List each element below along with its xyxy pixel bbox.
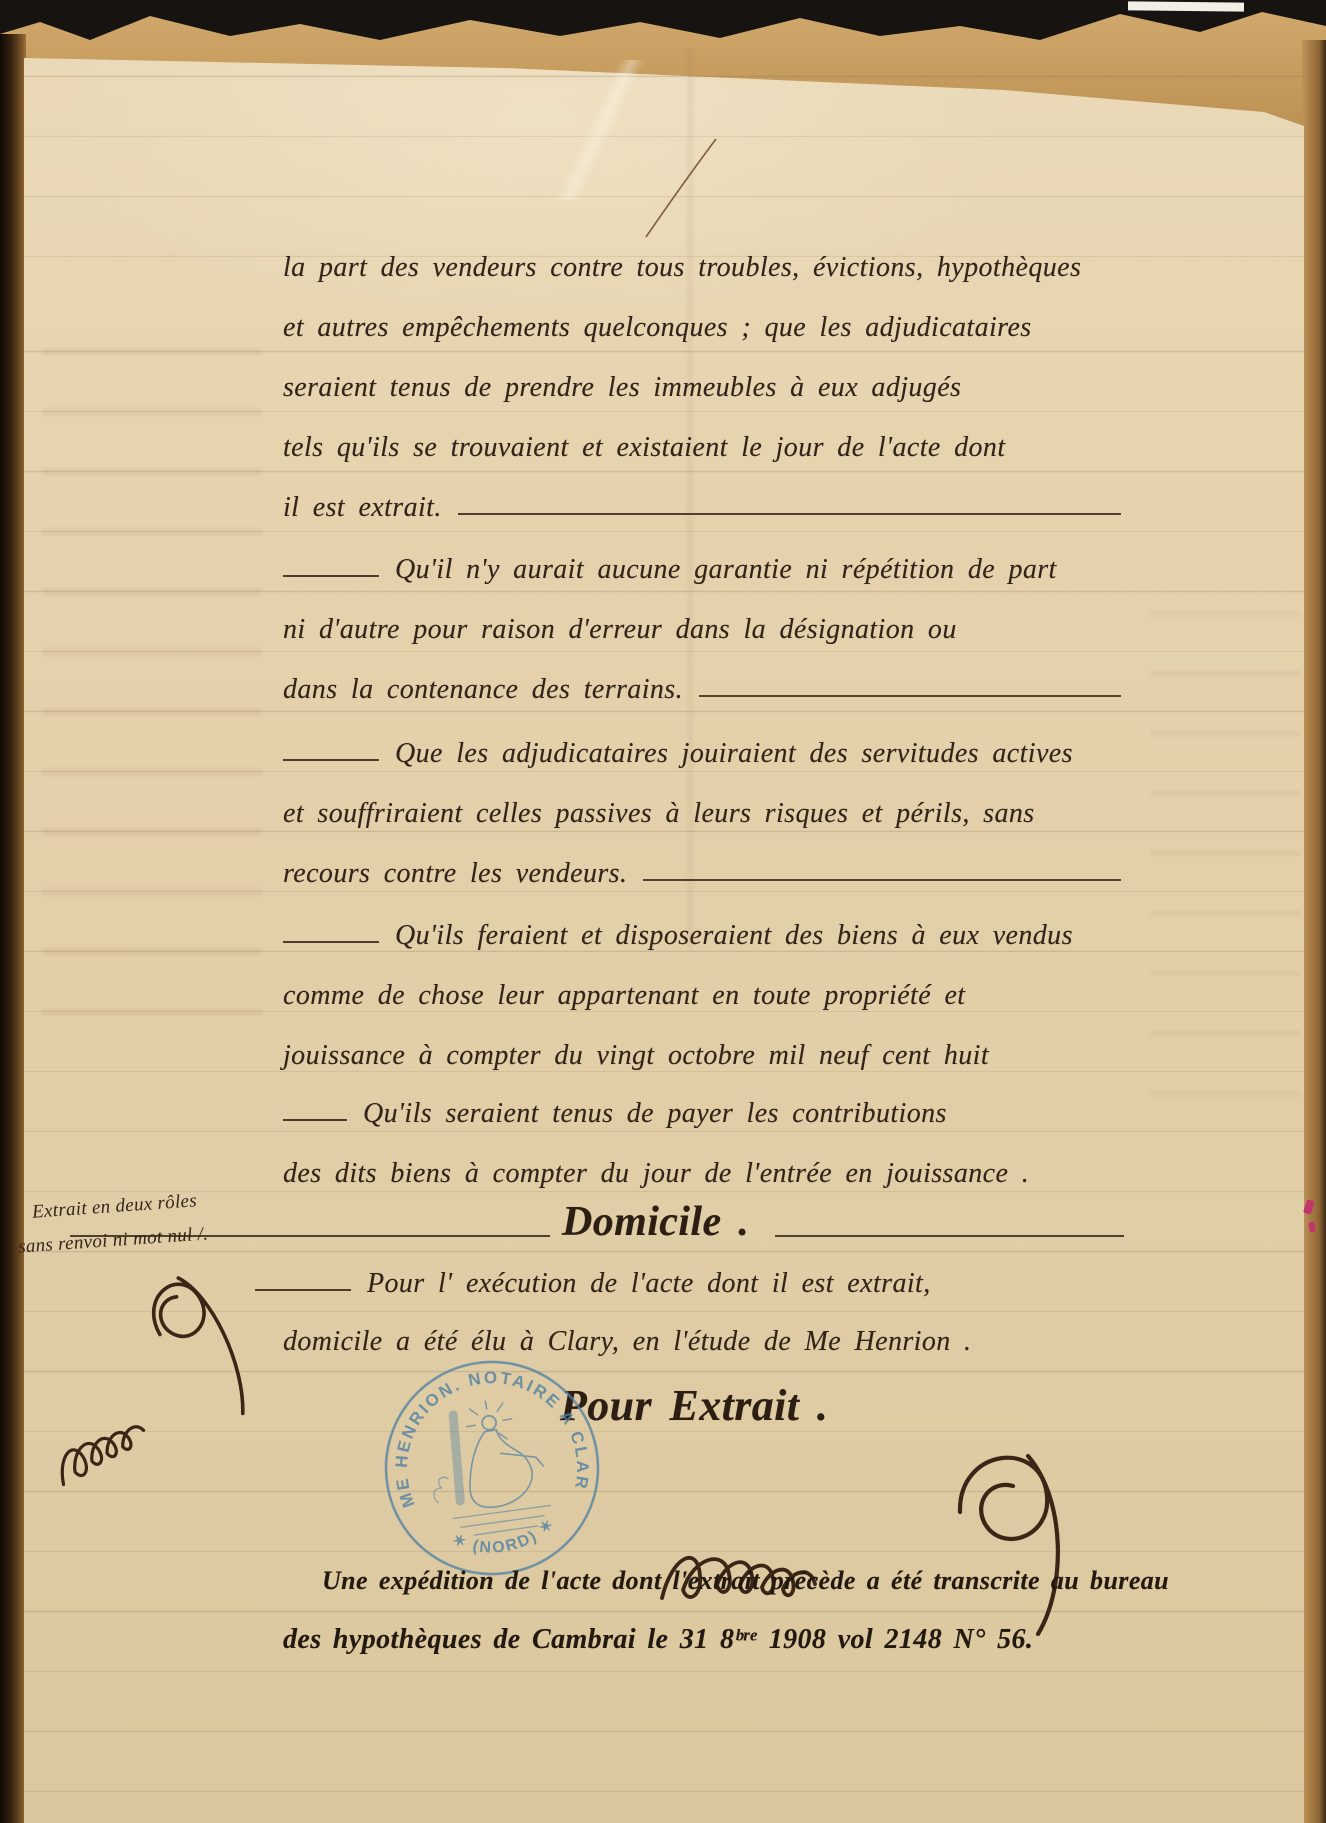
right-rule — [775, 1235, 1124, 1237]
handwritten-line: Qu'ils seraient tenus de payer les contr… — [283, 1098, 1123, 1130]
line-text: domicile a été élu à Clary, en l'étude d… — [283, 1326, 971, 1358]
handwritten-line: des dits biens à compter du jour de l'en… — [283, 1158, 1123, 1190]
domicile-heading: Domicile . — [562, 1198, 749, 1246]
line-text: Que les adjudicataires jouiraient des se… — [395, 738, 1073, 770]
line-text: des dits biens à compter du jour de l'en… — [283, 1158, 1029, 1190]
line-text: Pour l' exécution de l'acte dont il est … — [367, 1268, 931, 1300]
binding-spine-edge — [0, 34, 26, 1823]
paragraph-lead-rule — [283, 1119, 347, 1121]
line-text: et souffriraient celles passives à leurs… — [283, 798, 1035, 830]
line-text: dans la contenance des terrains. — [283, 674, 683, 706]
paragraph-lead-rule — [283, 941, 379, 943]
line-text: seraient tenus de prendre les immeubles … — [283, 372, 961, 404]
handwritten-line: ni d'autre pour raison d'erreur dans la … — [283, 614, 1123, 646]
stamp-seated-justice-figure — [419, 1393, 553, 1543]
line-text: ni d'autre pour raison d'erreur dans la … — [283, 614, 957, 646]
line-text: Qu'il n'y aurait aucune garantie ni répé… — [395, 554, 1057, 586]
line-text: comme de chose leur appartenant en toute… — [283, 980, 965, 1012]
paragraph-lead-rule — [255, 1289, 351, 1291]
handwritten-line: jouissance à compter du vingt octobre mi… — [283, 1040, 1123, 1072]
line-text: il est extrait. — [283, 492, 442, 524]
trailing-rule — [458, 513, 1121, 515]
handwritten-line: domicile a été élu à Clary, en l'étude d… — [283, 1326, 1123, 1358]
line-text: Une expédition de l'acte dont l'extrait … — [322, 1566, 1169, 1596]
handwritten-line: recours contre les vendeurs. — [283, 858, 1123, 890]
paragraph-lead-rule — [283, 759, 379, 761]
scanned-notarial-document: la part des vendeurs contre tous trouble… — [0, 0, 1326, 1823]
line-text: Qu'ils seraient tenus de payer les contr… — [363, 1098, 947, 1130]
handwritten-line: dans la contenance des terrains. — [283, 674, 1123, 706]
trailing-rule — [699, 695, 1121, 697]
handwritten-line: Qu'ils feraient et disposeraient des bie… — [283, 920, 1123, 952]
line-text: recours contre les vendeurs. — [283, 858, 627, 890]
handwritten-line: seraient tenus de prendre les immeubles … — [283, 372, 1123, 404]
line-text: des hypothèques de Cambrai le 31 8ᵇʳᵉ 19… — [283, 1624, 1033, 1656]
line-text: Qu'ils feraient et disposeraient des bie… — [395, 920, 1073, 952]
trailing-rule — [643, 879, 1121, 881]
handwritten-line: Que les adjudicataires jouiraient des se… — [283, 738, 1123, 770]
handwritten-line: il est extrait. — [283, 492, 1123, 524]
handwritten-line: et autres empêchements quelconques ; que… — [283, 312, 1123, 344]
line-text: jouissance à compter du vingt octobre mi… — [283, 1040, 989, 1072]
handwritten-line: tels qu'ils se trouvaient et existaient … — [283, 432, 1123, 464]
handwritten-line: et souffriraient celles passives à leurs… — [283, 798, 1123, 830]
main-signature-henrion — [630, 1392, 1150, 1652]
pen-slash-mark — [640, 135, 722, 243]
footer-line: Une expédition de l'acte dont l'extrait … — [322, 1566, 1132, 1596]
line-text: et autres empêchements quelconques ; que… — [283, 312, 1032, 344]
right-page-edge — [1302, 40, 1326, 1823]
handwritten-line: comme de chose leur appartenant en toute… — [283, 980, 1123, 1012]
handwritten-line: la part des vendeurs contre tous trouble… — [283, 252, 1123, 284]
paragraph-lead-rule — [283, 575, 379, 577]
handwritten-line: Qu'il n'y aurait aucune garantie ni répé… — [283, 554, 1123, 586]
paper-sliver — [1128, 1, 1244, 11]
domicile-heading-row: Domicile . — [70, 1198, 1126, 1246]
handwritten-line: Pour l' exécution de l'acte dont il est … — [255, 1268, 1123, 1300]
line-text: tels qu'ils se trouvaient et existaient … — [283, 432, 1006, 464]
footer-line: des hypothèques de Cambrai le 31 8ᵇʳᵉ 19… — [283, 1624, 1123, 1656]
line-text: la part des vendeurs contre tous trouble… — [283, 252, 1081, 284]
